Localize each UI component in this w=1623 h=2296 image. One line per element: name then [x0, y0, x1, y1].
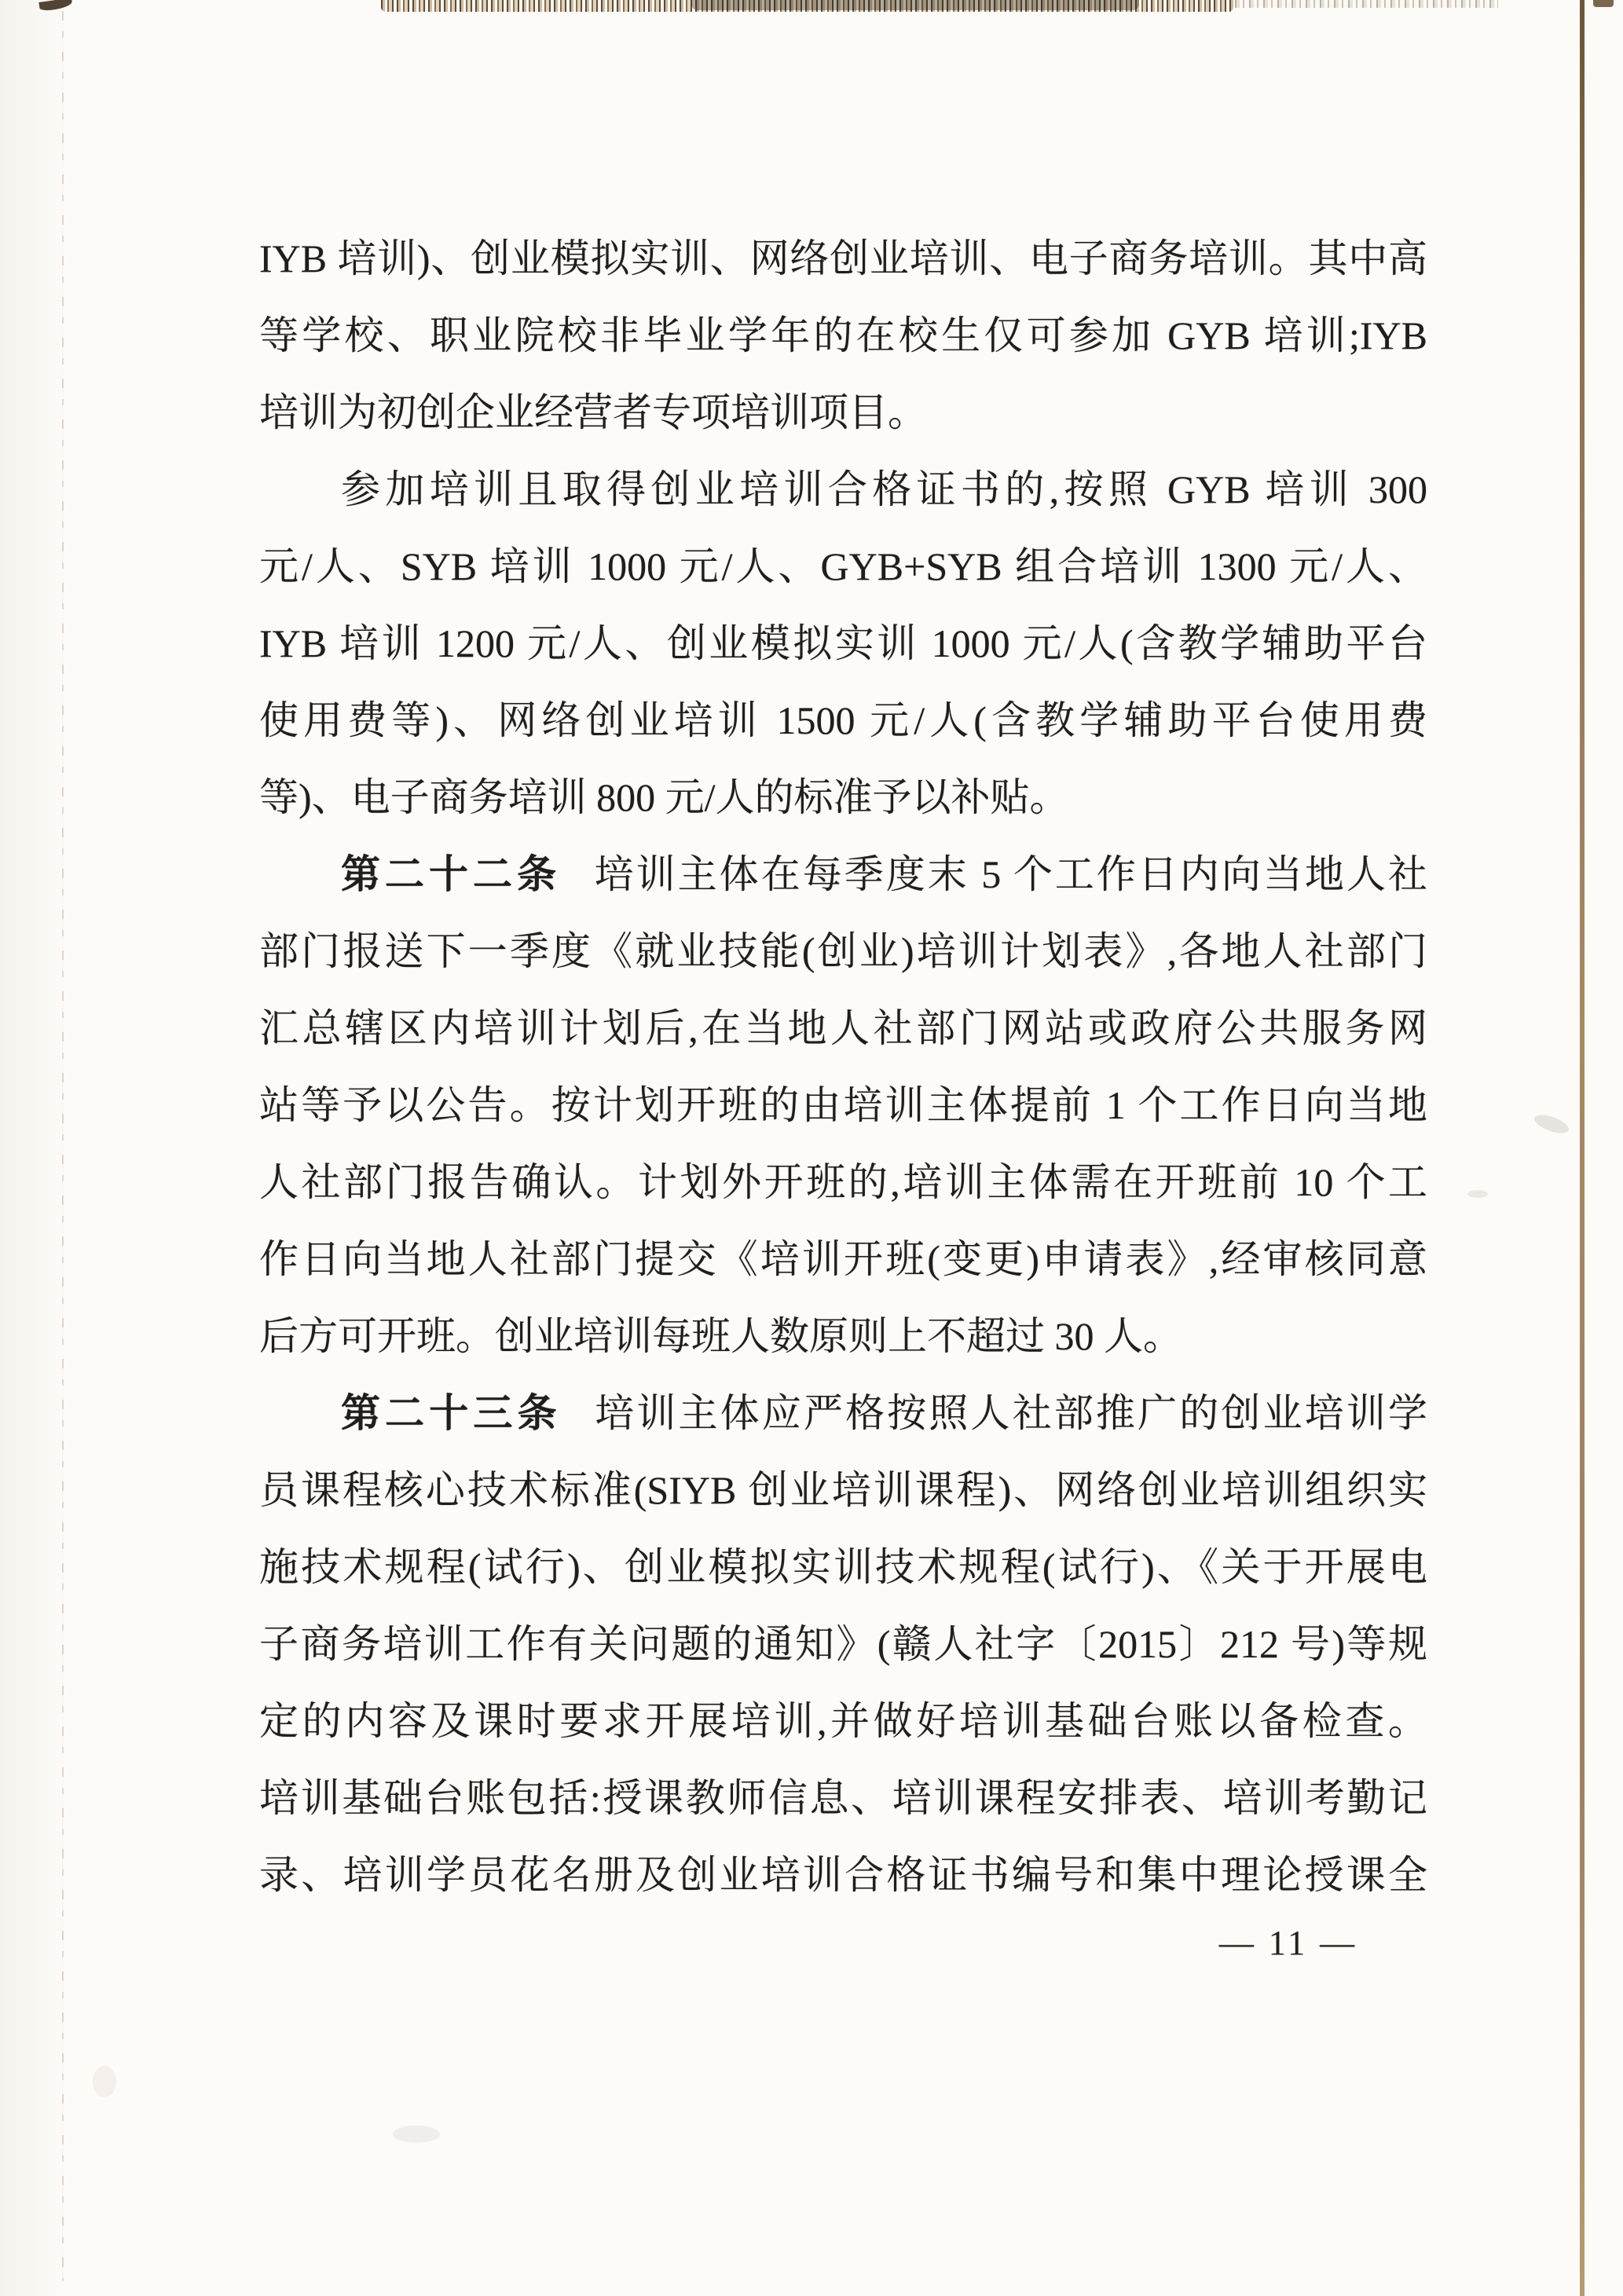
text-line: 部门报送下一季度《就业技能(创业)培训计划表》,各地人社部门 [259, 913, 1427, 990]
text-line: 培训基础台账包括:授课教师信息、培训课程安排表、培训考勤记 [259, 1760, 1427, 1836]
text-line: 参加培训且取得创业培训合格证书的,按照 GYB 培训 300 [259, 451, 1427, 528]
text-line: 施技术规程(试行)、创业模拟实训技术规程(试行)、《关于开展电 [259, 1529, 1427, 1606]
text-run: 培训主体在每季度末 5 个工作日内向当地人社 [595, 852, 1427, 896]
document-body: IYB 培训)、创业模拟实训、网络创业培训、电子商务培训。其中高 等学校、职业院… [259, 220, 1427, 1913]
scan-smudge [393, 2126, 440, 2143]
scan-smudge [1532, 1111, 1570, 1137]
scan-smudge [93, 2066, 116, 2097]
text-line: 子商务培训工作有关问题的通知》(赣人社字〔2015〕212 号)等规 [259, 1606, 1427, 1683]
scan-smudge [1467, 1190, 1488, 1198]
page-edge-line-left [62, 11, 64, 2281]
scanned-document-page: IYB 培训)、创业模拟实训、网络创业培训、电子商务培训。其中高 等学校、职业院… [0, 0, 1623, 2296]
page-edge-line-right [1580, 0, 1585, 2296]
text-line: 后方可开班。创业培训每班人数原则上不超过 30 人。 [259, 1298, 1427, 1375]
text-line: 作日向当地人社部门提交《培训开班(变更)申请表》,经审核同意 [259, 1221, 1427, 1298]
text-line: 第二十二条培训主体在每季度末 5 个工作日内向当地人社 [259, 836, 1427, 913]
text-line: 元/人、SYB 培训 1000 元/人、GYB+SYB 组合培训 1300 元/… [259, 528, 1427, 605]
text-line: IYB 培训 1200 元/人、创业模拟实训 1000 元/人(含教学辅助平台 [259, 605, 1427, 682]
text-line: IYB 培训)、创业模拟实训、网络创业培训、电子商务培训。其中高 [259, 220, 1427, 297]
text-line: 站等予以公告。按计划开班的由培训主体提前 1 个工作日向当地 [259, 1067, 1427, 1144]
page-number: — 11 — [1131, 1918, 1445, 1968]
text-line: 使用费等)、网络创业培训 1500 元/人(含教学辅助平台使用费 [259, 682, 1427, 759]
text-line: 第二十三条培训主体应严格按照人社部推广的创业培训学 [259, 1375, 1427, 1452]
scan-artifact-top-band-fade [1235, 0, 1498, 8]
article-22-heading: 第二十二条 [341, 852, 561, 896]
text-line: 汇总辖区内培训计划后,在当地人社部门网站或政府公共服务网 [259, 990, 1427, 1067]
text-line: 录、培训学员花名册及创业培训合格证书编号和集中理论授课全 [259, 1836, 1427, 1913]
text-line: 员课程核心技术标准(SIYB 创业培训课程)、网络创业培训组织实 [259, 1452, 1427, 1529]
text-line: 等学校、职业院校非毕业学年的在校生仅可参加 GYB 培训;IYB [259, 297, 1427, 374]
text-line: 定的内容及课时要求开展培训,并做好培训基础台账以备检查。 [259, 1683, 1427, 1760]
left-gutter-shading [0, 0, 68, 2296]
text-line: 等)、电子商务培训 800 元/人的标准予以补贴。 [259, 759, 1427, 836]
article-23-heading: 第二十三条 [341, 1391, 562, 1435]
text-line: 人社部门报告确认。计划外开班的,培训主体需在开班前 10 个工 [259, 1144, 1427, 1221]
text-line: 培训为初创企业经营者专项培训项目。 [259, 374, 1427, 451]
scan-artifact-top-band-dark [691, 0, 1139, 10]
text-run: 培训主体应严格按照人社部推广的创业培训学 [595, 1391, 1427, 1435]
scan-mark-top-right [1593, 0, 1614, 7]
